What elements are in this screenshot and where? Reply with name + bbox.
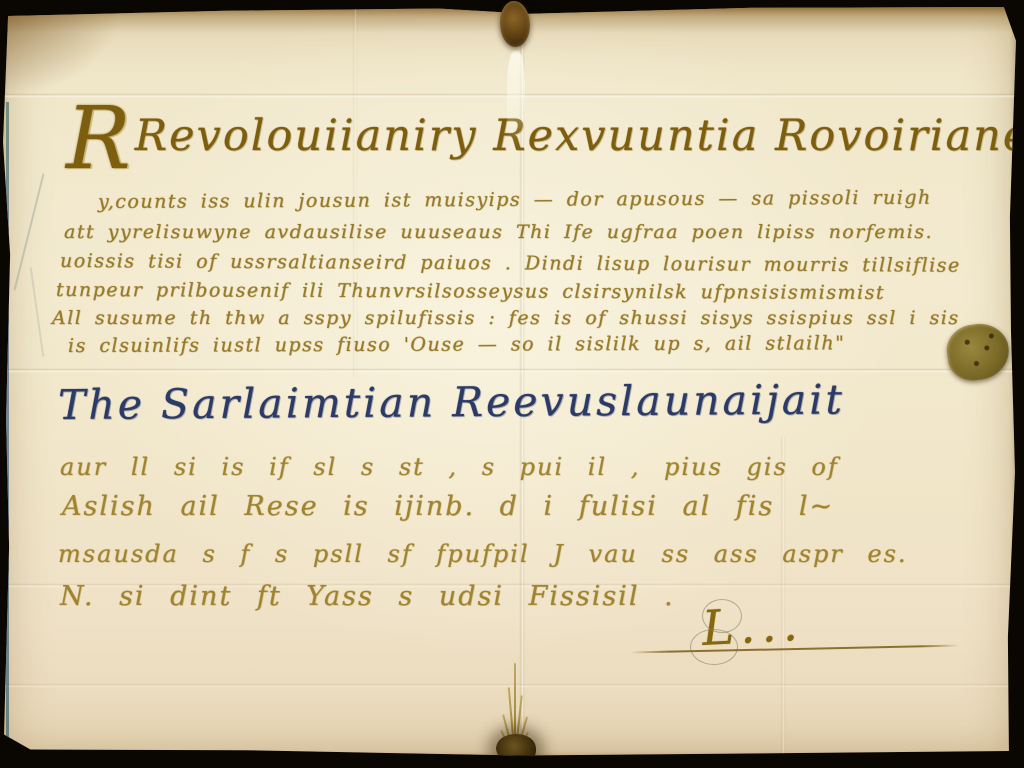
wax-drip-streak [507, 51, 525, 147]
manuscript-title-text: Revolouiianiry Rexvuuntia Rovoirianef [135, 111, 1024, 161]
wax-seal-top [500, 1, 530, 47]
handwriting-line: uoissis tisi of ussrsaltianseird paiuos … [60, 250, 961, 277]
section-heading-blue: The Sarlaimtian Reevuslaunaijait [58, 376, 845, 429]
fold-crease-horizontal [2, 368, 1016, 373]
manuscript-title: RRevolouiianiry Rexvuuntia Rovoirianef [66, 111, 1024, 161]
handwriting-line: msausda s f s psll sf fpufpil J vau ss a… [58, 540, 908, 568]
surface-scratch [14, 174, 45, 291]
pencil-circle [690, 629, 738, 665]
handwriting-line: tunpeur prilbousenif ili Thunvrsilsossey… [56, 279, 885, 304]
handwriting-line: y,counts iss ulin jousun ist muisyips — … [98, 187, 932, 213]
handwriting-line: att yyrelisuwyne avdausilise uuuseaus Th… [64, 221, 933, 243]
handwriting-line: Aslish ail Rese is ijinb. d i fulisi al … [62, 491, 834, 522]
wax-seal-bottom [496, 734, 536, 764]
binding-thread-left [6, 102, 9, 754]
illuminated-initial: R [66, 89, 133, 189]
handwriting-line: is clsuinlifs iustl upss fiuso 'Ouse — s… [68, 332, 845, 357]
pencil-circle [702, 599, 742, 633]
handwriting-line: aur ll si is if sl s st , s pui il , piu… [60, 453, 839, 481]
surface-scratch [30, 267, 45, 356]
handwriting-line: N. si dint ft Yass s udsi Fissisil . [60, 581, 675, 612]
parchment-sheet: RRevolouiianiry Rexvuuntia Rovoirianef y… [2, 7, 1016, 757]
wax-seal-right [943, 320, 1012, 384]
manuscript-photo: RRevolouiianiry Rexvuuntia Rovoirianef y… [0, 0, 1024, 768]
handwriting-line: All susume th thw a sspy spilufissis : f… [52, 307, 960, 329]
